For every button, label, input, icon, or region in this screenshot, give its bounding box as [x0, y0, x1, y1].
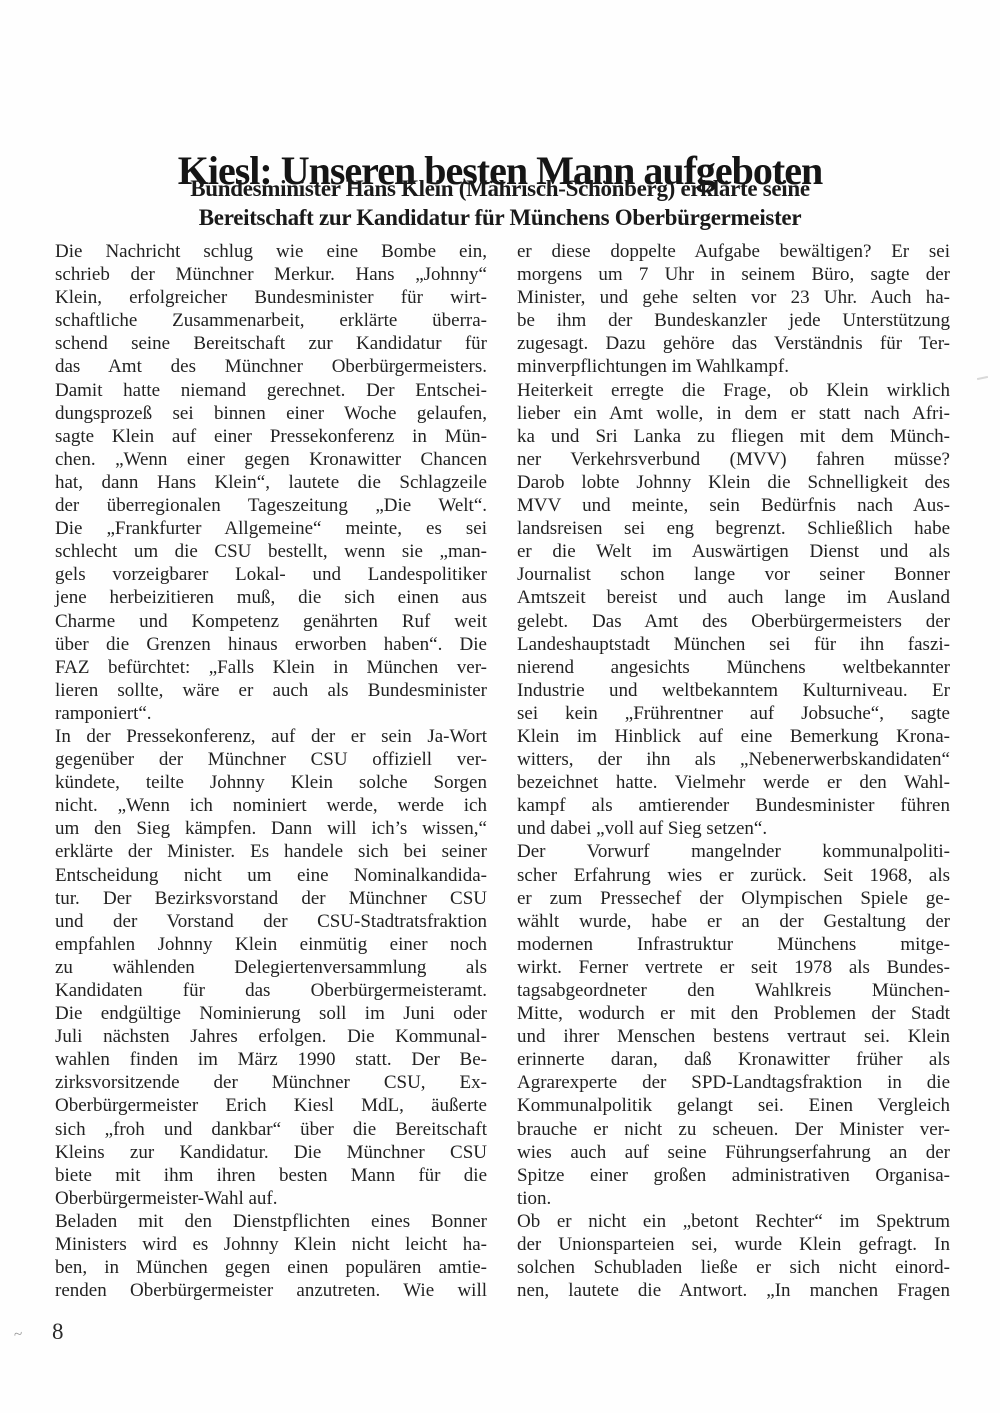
- text-line: biete mit ihm ihren besten Mann für die: [55, 1164, 487, 1187]
- text-line: Klein im Hinblick auf eine Bemerkung Kro…: [517, 725, 950, 748]
- text-line: und dabei „voll auf Sieg setzen“.: [517, 817, 950, 840]
- text-line: Mitte, wodurch er mit den Problemen der …: [517, 1002, 950, 1025]
- text-line: Charme und Kompetenz genährten Ruf weit: [55, 610, 487, 633]
- text-line: nen, lautete die Antwort. „In manchen Fr…: [517, 1279, 950, 1302]
- text-line: gelebt. Das Amt des Oberbürgermeisters d…: [517, 610, 950, 633]
- text-line: wahlen finden im März 1990 statt. Der Be…: [55, 1048, 487, 1071]
- text-line: In der Pressekonferenz, auf der er sein …: [55, 725, 487, 748]
- text-line: Journalist schon lange vor seiner Bonner: [517, 563, 950, 586]
- column-left: Die Nachricht schlug wie eine Bombe ein,…: [55, 240, 487, 1302]
- text-line: um den Sieg kämpfen. Dann will ich’s wis…: [55, 817, 487, 840]
- text-line: schend seine Bereitschaft zur Kandidatur…: [55, 332, 487, 355]
- text-line: sagte Klein auf einer Pressekonferenz in…: [55, 425, 487, 448]
- text-line: solchen Schubladen ließe er sich nicht e…: [517, 1256, 950, 1279]
- text-line: er diese doppelte Aufgabe bewältigen? Er…: [517, 240, 950, 263]
- text-line: ben, in München gegen einen populären am…: [55, 1256, 487, 1279]
- text-line: Die endgültige Nominierung soll im Juni …: [55, 1002, 487, 1025]
- text-line: empfahlen Johnny Klein einmütig einer no…: [55, 933, 487, 956]
- text-line: Entscheidung nicht um eine Nominalkandid…: [55, 864, 487, 887]
- text-line: Oberbürgermeister Erich Kiesl MdL, äußer…: [55, 1094, 487, 1117]
- text-line: zirksvorsitzende der Münchner CSU, Ex-: [55, 1071, 487, 1094]
- text-line: der überregionalen Tageszeitung „Die Wel…: [55, 494, 487, 517]
- text-line: Damit hatte niemand gerechnet. Der Entsc…: [55, 379, 487, 402]
- text-line: lieren sollte, wäre er auch als Bundesmi…: [55, 679, 487, 702]
- text-line: dungsprozeß sei binnen einer Woche gelau…: [55, 402, 487, 425]
- scanned-article-page: Kiesl: Unseren besten Mann aufgeboten Bu…: [0, 0, 1000, 1413]
- text-line: Landeshauptstadt München sei für ihn fas…: [517, 633, 950, 656]
- text-line: ramponiert“.: [55, 702, 487, 725]
- article-subtitle-line-2: Bereitschaft zur Kandidatur für Münchens…: [0, 203, 1000, 232]
- text-line: ner Verkehrsverbund (MVV) fahren müsse?: [517, 448, 950, 471]
- text-line: tion.: [517, 1187, 950, 1210]
- text-line: Heiterkeit erregte die Frage, ob Klein w…: [517, 379, 950, 402]
- text-line: hat, dann Hans Klein“, lautete die Schla…: [55, 471, 487, 494]
- text-line: bezeichnet hatte. Vielmehr werde er den …: [517, 771, 950, 794]
- text-line: Amtszeit bereist und auch lange im Ausla…: [517, 586, 950, 609]
- text-line: das Amt des Münchner Oberbürgermeisters.: [55, 355, 487, 378]
- text-line: jene herbeizitieren muß, die sich einen …: [55, 586, 487, 609]
- margin-squiggle-mark: ~: [13, 1325, 25, 1344]
- text-line: tur. Der Bezirksvorstand der Münchner CS…: [55, 887, 487, 910]
- text-line: MVV und meinte, sein Bedürfnis nach Aus-: [517, 494, 950, 517]
- text-line: nierend angesichts Münchens weltbekannte…: [517, 656, 950, 679]
- text-line: Minister, und gehe selten vor 23 Uhr. Au…: [517, 286, 950, 309]
- text-line: modernen Infrastruktur Münchens mitge-: [517, 933, 950, 956]
- text-line: erinnerte daran, daß Kronawitter früher …: [517, 1048, 950, 1071]
- text-line: Klein, erfolgreicher Bundesminister für …: [55, 286, 487, 309]
- text-line: und der Vorstand der CSU-Stadtratsfrakti…: [55, 910, 487, 933]
- text-line: minverpflichtungen im Wahlkampf.: [517, 355, 950, 378]
- text-line: sei kein „Frührentner auf Jobsuche“, sag…: [517, 702, 950, 725]
- text-line: kündete, teilte Johnny Klein solche Sorg…: [55, 771, 487, 794]
- text-line: er die Welt im Auswärtigen Dienst und al…: [517, 540, 950, 563]
- text-line: er zum Pressechef der Olympischen Spiele…: [517, 887, 950, 910]
- text-line: Die Nachricht schlug wie eine Bombe ein,: [55, 240, 487, 263]
- text-line: schlecht um die CSU bestellt, wenn sie „…: [55, 540, 487, 563]
- text-line: lieber ein Amt wolle, in dem er statt na…: [517, 402, 950, 425]
- text-line: wies auch auf seine Führungserfahrung an…: [517, 1141, 950, 1164]
- text-line: nicht. „Wenn ich nominiert werde, werde …: [55, 794, 487, 817]
- article-subtitle-line-1: Bundesminister Hans Klein (Mährisch-Schö…: [0, 174, 1000, 203]
- text-line: Ob er nicht ein „betont Rechter“ im Spek…: [517, 1210, 950, 1233]
- text-line: wählt wurde, habe er an der Gestaltung d…: [517, 910, 950, 933]
- text-line: sich „froh und dankbar“ über die Bereits…: [55, 1118, 487, 1141]
- text-line: tagsabgeordneter den Wahlkreis München-: [517, 979, 950, 1002]
- article-subtitle: Bundesminister Hans Klein (Mährisch-Schö…: [0, 174, 1000, 232]
- text-line: Oberbürgermeister-Wahl auf.: [55, 1187, 487, 1210]
- text-line: schaftliche Zusammenarbeit, erklärte übe…: [55, 309, 487, 332]
- text-line: FAZ befürchtet: „Falls Klein in München …: [55, 656, 487, 679]
- text-line: Industrie und weltbekanntem Kulturniveau…: [517, 679, 950, 702]
- text-line: be ihm der Bundeskanzler jede Unterstütz…: [517, 309, 950, 332]
- text-line: Beladen mit den Dienstpflichten eines Bo…: [55, 1210, 487, 1233]
- text-line: landsreisen sei eng begrenzt. Schließlic…: [517, 517, 950, 540]
- text-line: gegenüber der Münchner CSU offiziell ver…: [55, 748, 487, 771]
- text-line: brauche er nicht zu scheuen. Der Ministe…: [517, 1118, 950, 1141]
- text-line: Juli nächsten Jahres erfolgen. Die Kommu…: [55, 1025, 487, 1048]
- text-line: kampf als amtierender Bundesminister füh…: [517, 794, 950, 817]
- text-line: Die „Frankfurter Allgemeine“ meinte, es …: [55, 517, 487, 540]
- text-line: chen. „Wenn einer gegen Kronawitter Chan…: [55, 448, 487, 471]
- text-line: über die Grenzen hinaus erworben haben“.…: [55, 633, 487, 656]
- scan-artifact-dash: [977, 376, 988, 380]
- text-line: ka und Sri Lanka zu fliegen mit dem Münc…: [517, 425, 950, 448]
- text-line: renden Oberbürgermeister anzutreten. Wie…: [55, 1279, 487, 1302]
- text-line: Kleins zur Kandidatur. Die Münchner CSU: [55, 1141, 487, 1164]
- text-line: und ihrer Menschen bestens vertraut sei.…: [517, 1025, 950, 1048]
- text-line: Ministers wird es Johnny Klein nicht lei…: [55, 1233, 487, 1256]
- text-line: Kommunalpolitik gelangt sei. Einen Vergl…: [517, 1094, 950, 1117]
- text-line: scher Erfahrung wies er zurück. Seit 196…: [517, 864, 950, 887]
- page-number: 8: [52, 1318, 64, 1346]
- text-line: zugesagt. Dazu gehöre das Verständnis fü…: [517, 332, 950, 355]
- text-line: Der Vorwurf mangelnder kommunalpoliti-: [517, 840, 950, 863]
- text-line: zu wählenden Delegiertenversammlung als: [55, 956, 487, 979]
- text-line: gels vorzeigbarer Lokal- und Landespolit…: [55, 563, 487, 586]
- text-line: Spitze einer großen administrativen Orga…: [517, 1164, 950, 1187]
- text-line: Kandidaten für das Oberbürgermeisteramt.: [55, 979, 487, 1002]
- text-line: morgens um 7 Uhr in seinem Büro, sagte d…: [517, 263, 950, 286]
- text-line: wirkt. Ferner vertrete er seit 1978 als …: [517, 956, 950, 979]
- text-line: Darob lobte Johnny Klein die Schnelligke…: [517, 471, 950, 494]
- text-line: schrieb der Münchner Merkur. Hans „Johnn…: [55, 263, 487, 286]
- text-line: Agrarexperte der SPD-Landtagsfraktion in…: [517, 1071, 950, 1094]
- text-line: witters, der ihn als „Nebenerwerbskandid…: [517, 748, 950, 771]
- column-right: er diese doppelte Aufgabe bewältigen? Er…: [517, 240, 950, 1302]
- text-line: der Unionsparteien sei, wurde Klein gefr…: [517, 1233, 950, 1256]
- text-line: erklärte der Minister. Es handele sich b…: [55, 840, 487, 863]
